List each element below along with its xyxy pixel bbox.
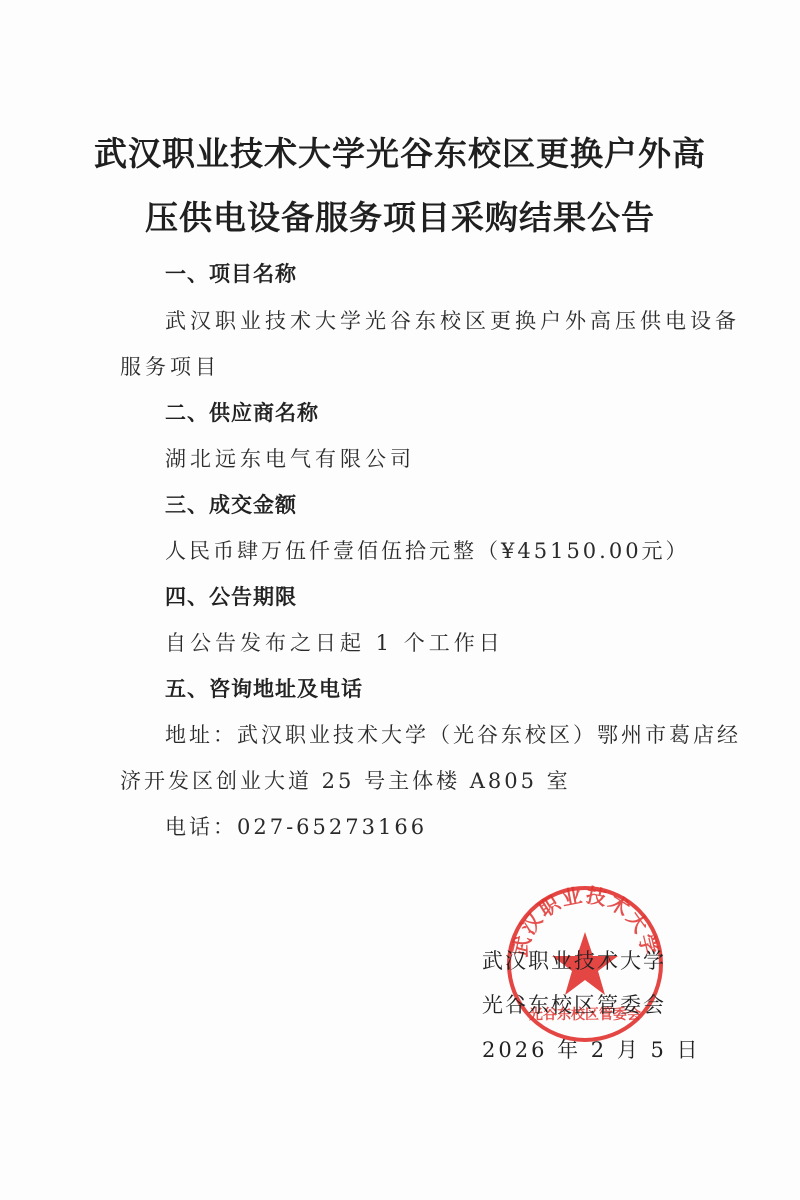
signature-org-line-1: 武汉职业技术大学 [482,945,666,975]
section-heading-project-name: 一、项目名称 [165,258,297,288]
section-heading-notice-period: 四、公告期限 [165,581,297,611]
project-name-line-1: 武汉职业技术大学光谷东校区更换户外高压供电设备 [165,305,740,335]
contact-phone: 电话：027-65273166 [165,811,427,841]
section-heading-contact: 五、咨询地址及电话 [165,673,363,703]
section-heading-deal-amount: 三、成交金额 [165,489,297,519]
notice-period: 自公告发布之日起 1 个工作日 [165,627,504,657]
section-heading-supplier-name: 二、供应商名称 [165,397,319,427]
project-name-line-2: 服务项目 [120,351,220,381]
contact-address-line-2: 济开发区创业大道 25 号主体楼 A805 室 [120,765,571,795]
signature-date: 2026 年 2 月 5 日 [482,1034,701,1064]
contact-address-line-1: 地址：武汉职业技术大学（光谷东校区）鄂州市葛店经 [165,719,741,749]
document-title-line-1: 武汉职业技术大学光谷东校区更换户外高 [0,128,800,175]
signature-org-line-2: 光谷东校区管委会 [482,989,666,1019]
supplier-name: 湖北远东电气有限公司 [165,443,415,473]
deal-amount: 人民币肆万伍仟壹佰伍拾元整（¥45150.00元） [165,535,690,565]
document-title-line-2: 压供电设备服务项目采购结果公告 [0,192,800,239]
